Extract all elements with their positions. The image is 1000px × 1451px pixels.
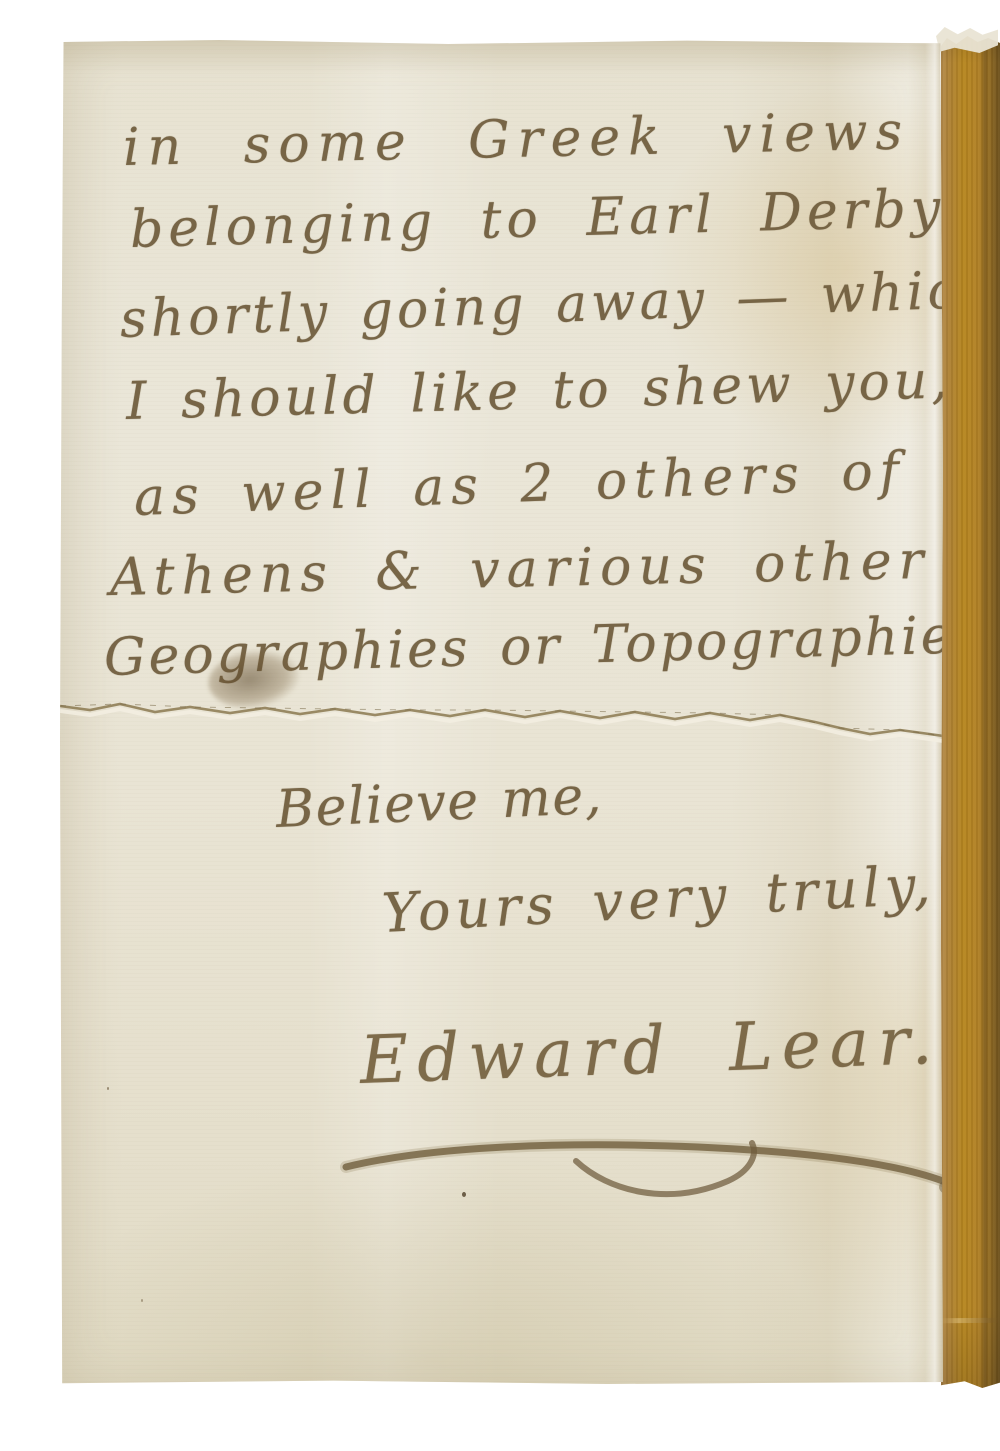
fold-crease-line bbox=[60, 685, 943, 755]
binding-strip-shadow-line bbox=[983, 36, 987, 1388]
signature-flourish bbox=[338, 1115, 968, 1225]
foxing-specks bbox=[462, 1192, 466, 1197]
scanned-letter-photo: in some Greek views belonging to Earl De… bbox=[0, 0, 1000, 1451]
closing-line: Yours very truly, bbox=[380, 853, 936, 945]
letter-line: belonging to Earl Derby bbox=[129, 179, 946, 260]
letter-line: Athens & various other bbox=[109, 531, 931, 608]
letter-page: in some Greek views belonging to Earl De… bbox=[60, 40, 943, 1386]
letter-line: as well as 2 others of bbox=[133, 441, 907, 528]
binding-strip-seam bbox=[941, 1318, 1000, 1324]
binding-strip bbox=[941, 36, 1000, 1388]
letter-line: I should like to shew you, bbox=[125, 350, 952, 432]
closing-line: Believe me, bbox=[275, 766, 604, 840]
signature: Edward Lear. bbox=[359, 1002, 943, 1099]
letter-line: shortly going away — which bbox=[119, 259, 999, 350]
letter-line: in some Greek views bbox=[122, 102, 910, 178]
